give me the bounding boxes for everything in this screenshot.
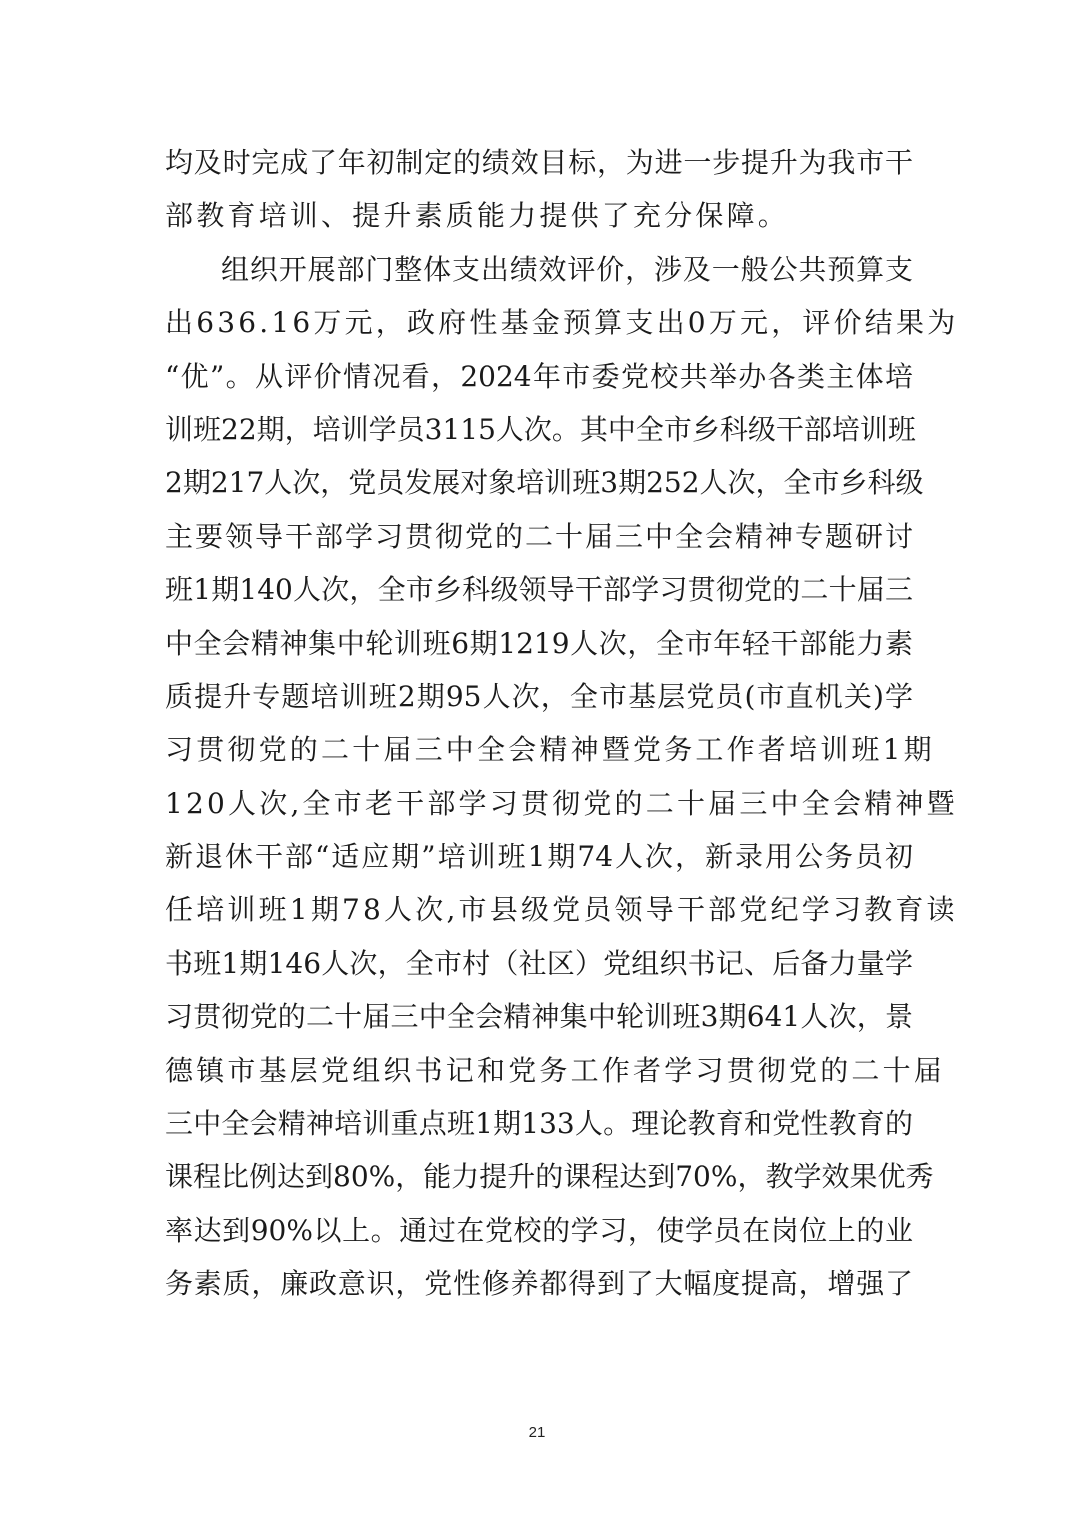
text-line: 书班1期146人次，全市村（社区）党组织书记、后备力量学 bbox=[165, 937, 913, 990]
body-text: 均及时完成了年初制定的绩效目标，为进一步提升为我市干 部教育培训、提升素质能力提… bbox=[165, 136, 913, 1311]
paragraph-first-line: 组织开展部门整体支出绩效评价，涉及一般公共预算支 bbox=[165, 243, 913, 296]
text-line: 中全会精神集中轮训班6期1219人次，全市年轻干部能力素 bbox=[165, 617, 913, 670]
text-line: 三中全会精神培训重点班1期133人。理论教育和党性教育的 bbox=[165, 1097, 913, 1150]
page-number: 21 bbox=[0, 1424, 1074, 1441]
text-line: 习贯彻党的二十届三中全会精神集中轮训班3期641人次，景 bbox=[165, 990, 913, 1043]
text-line: “优”。从评价情况看，2024年市委党校共举办各类主体培 bbox=[165, 350, 913, 403]
document-page: 均及时完成了年初制定的绩效目标，为进一步提升为我市干 部教育培训、提升素质能力提… bbox=[0, 0, 1074, 1520]
text-line: 新退休干部“适应期”培训班1期74人次，新录用公务员初 bbox=[165, 830, 913, 883]
text-line: 120人次,全市老干部学习贯彻党的二十届三中全会精神暨 bbox=[165, 777, 913, 830]
text-line: 2期217人次，党员发展对象培训班3期252人次，全市乡科级 bbox=[165, 456, 913, 509]
text-line: 部教育培训、提升素质能力提供了充分保障。 bbox=[165, 189, 913, 242]
text-line: 班1期140人次，全市乡科级领导干部学习贯彻党的二十届三 bbox=[165, 563, 913, 616]
text-line: 习贯彻党的二十届三中全会精神暨党务工作者培训班1期 bbox=[165, 723, 913, 776]
text-line: 主要领导干部学习贯彻党的二十届三中全会精神专题研讨 bbox=[165, 510, 913, 563]
text-line: 德镇市基层党组织书记和党务工作者学习贯彻党的二十届 bbox=[165, 1044, 913, 1097]
text-line: 均及时完成了年初制定的绩效目标，为进一步提升为我市干 bbox=[165, 136, 913, 189]
text-line: 任培训班1期78人次,市县级党员领导干部党纪学习教育读 bbox=[165, 883, 913, 936]
text-line: 训班22期，培训学员3115人次。其中全市乡科级干部培训班 bbox=[165, 403, 913, 456]
text-line: 务素质，廉政意识，党性修养都得到了大幅度提高，增强了 bbox=[165, 1257, 913, 1310]
text-line: 率达到90%以上。通过在党校的学习，使学员在岗位上的业 bbox=[165, 1204, 913, 1257]
text-line: 课程比例达到80%，能力提升的课程达到70%，教学效果优秀 bbox=[165, 1150, 913, 1203]
text-line: 质提升专题培训班2期95人次，全市基层党员(市直机关)学 bbox=[165, 670, 913, 723]
text-line: 出636.16万元，政府性基金预算支出0万元，评价结果为 bbox=[165, 296, 913, 349]
